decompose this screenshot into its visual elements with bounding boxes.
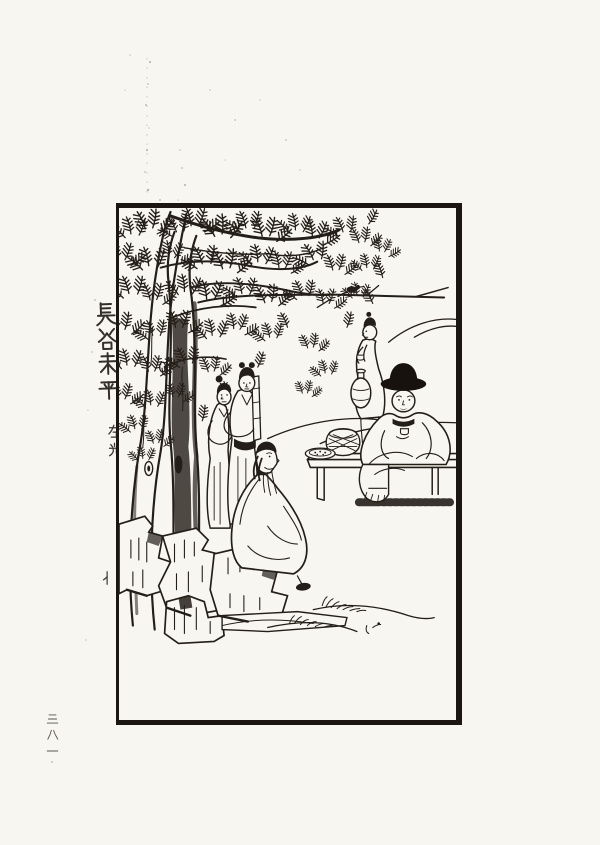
page-number: 三 八 一 [45,712,60,760]
page-number-char-2: 八 [45,728,60,742]
page-number-char-1: 三 [45,712,60,726]
woodcut-illustration [119,208,456,720]
illustration-frame [116,203,462,725]
stray-mark-glyph: 卜 [99,570,114,586]
page-number-char-3: 一 [45,744,60,758]
stray-mark: 卜 [99,570,114,586]
fern-foliage [119,208,405,465]
seated-dignitary-in-black-hat [359,363,450,502]
food-dish [305,448,335,459]
book-page: 長 谷 未 平 左 [0,0,600,845]
